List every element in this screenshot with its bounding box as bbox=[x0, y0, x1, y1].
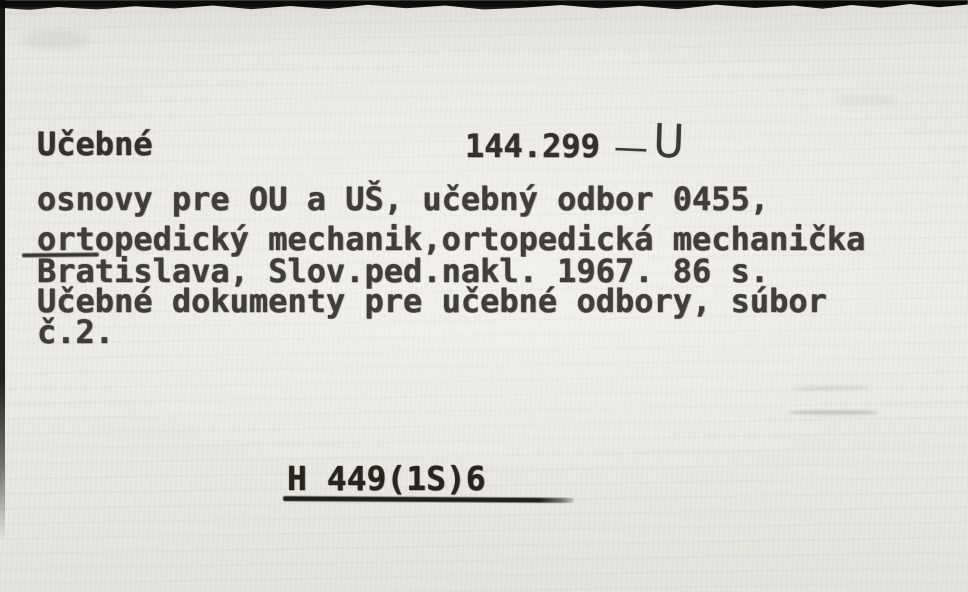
pencil-smudge bbox=[788, 410, 878, 415]
paper-stain bbox=[838, 96, 898, 104]
handwritten-dash: — bbox=[613, 127, 649, 168]
paper-stain bbox=[22, 30, 92, 50]
accession-number: 144.299 bbox=[465, 130, 600, 162]
pencil-smudge bbox=[792, 385, 870, 390]
catalog-card-scan: Učebné 144.299 — U osnovy pre OU a UŠ, u… bbox=[0, 0, 968, 592]
heading-word: Učebné bbox=[37, 128, 153, 160]
body-line: č.2. bbox=[37, 316, 114, 348]
body-line: ortopedický mechanik,ortopedická mechani… bbox=[37, 223, 865, 255]
handwritten-letter: U bbox=[653, 117, 686, 164]
call-number: H 449(1S)6 bbox=[287, 462, 486, 495]
scan-edge-top bbox=[0, 0, 968, 10]
body-line: Učebné dokumenty pre učebné odbory, súbo… bbox=[37, 285, 827, 317]
scan-edge-left bbox=[0, 0, 5, 540]
body-line: osnovy pre OU a UŠ, učebný odbor 0455, bbox=[37, 183, 769, 215]
call-number-underline bbox=[283, 496, 574, 503]
